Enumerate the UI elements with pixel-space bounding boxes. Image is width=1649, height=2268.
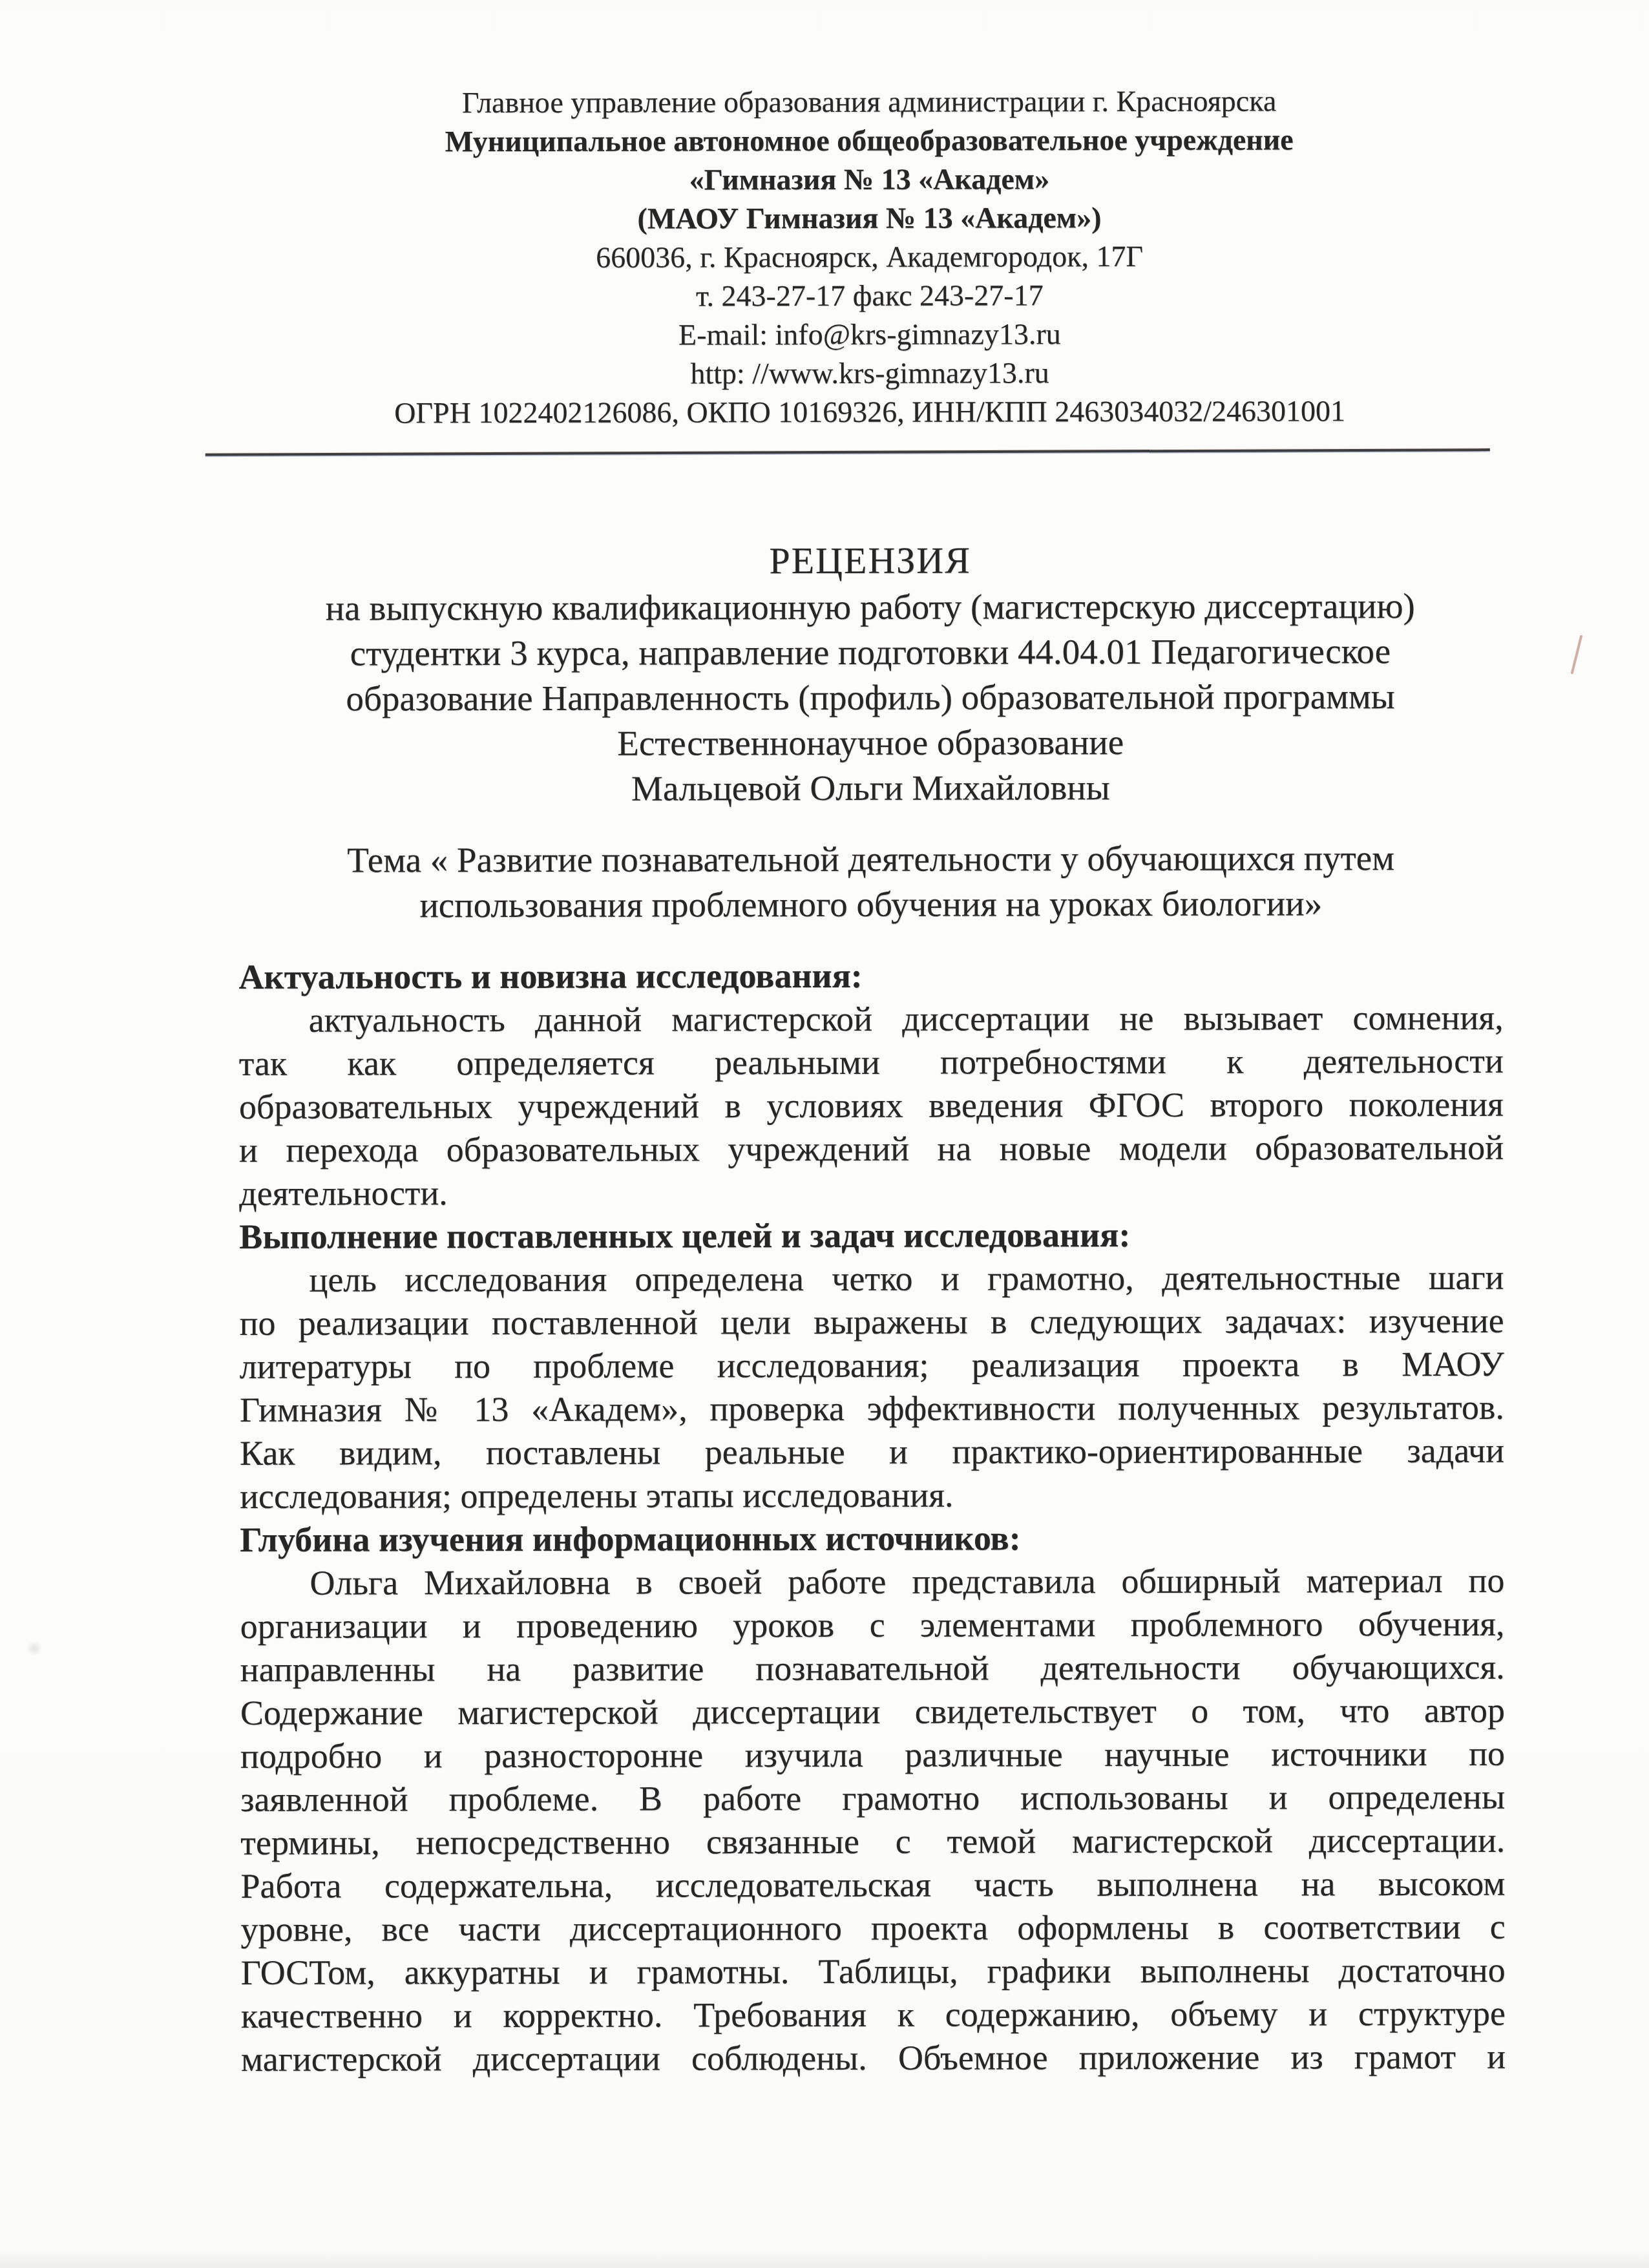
letterhead-line: Муниципальное автономное общеобразовател… xyxy=(237,120,1502,162)
letterhead-divider xyxy=(205,448,1490,456)
scan-edge-shade xyxy=(0,2251,1649,2268)
body-line: деятельности. xyxy=(239,1170,1504,1215)
theme-line: Тема « Развитие познавательной деятельно… xyxy=(238,835,1503,883)
letterhead-line: «Гимназия № 13 «Академ» xyxy=(237,159,1502,200)
subtitle-line: Естественнонаучное образование xyxy=(238,719,1503,767)
subtitle-line: образование Направленность (профиль) обр… xyxy=(238,674,1503,722)
body-line: образовательных учреждений в условиях вв… xyxy=(239,1083,1504,1129)
body-line: цель исследования определена четко и гра… xyxy=(239,1256,1504,1302)
theme-line: использования проблемного обучения на ур… xyxy=(238,881,1503,929)
review-subtitle: на выпускную квалификационную работу (ма… xyxy=(238,583,1503,812)
subtitle-line: студентки 3 курса, направление подготовк… xyxy=(238,629,1502,677)
scan-smudge-artifact xyxy=(26,1641,43,1655)
body-line: заявленной проблеме. В работе грамотно и… xyxy=(240,1776,1505,1822)
body-line: организации и проведению уроков с элемен… xyxy=(240,1602,1505,1648)
body-line: и перехода образовательных учреждений на… xyxy=(239,1126,1504,1172)
body-line: по реализации поставленной цели выражены… xyxy=(240,1299,1504,1345)
body-line: магистерской диссертации соблюдены. Объе… xyxy=(241,2035,1506,2081)
body-line: Выполнение поставленных целей и задач ис… xyxy=(239,1213,1504,1259)
body-line: литературы по проблеме исследования; реа… xyxy=(240,1343,1504,1389)
body-line: Глубина изучения информационных источник… xyxy=(240,1516,1504,1562)
letterhead-line: 660036, г. Красноярск, Академгородок, 17… xyxy=(237,236,1502,278)
body-line: ГОСТом, аккуратны и грамотны. Таблицы, г… xyxy=(241,1949,1506,1995)
subtitle-line: на выпускную квалификационную работу (ма… xyxy=(238,583,1502,631)
document-title: РЕЦЕНЗИЯ xyxy=(238,535,1502,586)
letterhead-line: http: //www.krs-gimnazy13.ru xyxy=(237,353,1502,394)
body-line: подробно и разносторонне изучила различн… xyxy=(240,1732,1505,1778)
body-line: Актуальность и новизна исследования: xyxy=(238,953,1503,999)
scanned-review-document: Главное управление образования администр… xyxy=(0,0,1649,2268)
body-line: актуальность данной магистерской диссерт… xyxy=(239,996,1504,1042)
body-line: так как определяется реальными потребнос… xyxy=(239,1040,1504,1086)
body-line: термины, непосредственно связанные с тем… xyxy=(240,1819,1505,1865)
review-body: Актуальность и новизна исследования:акту… xyxy=(238,953,1506,2081)
letterhead-line: т. 243-27-17 факс 243-27-17 xyxy=(237,275,1502,317)
body-line: Как видим, поставлены реальные и практик… xyxy=(240,1429,1504,1475)
letterhead-line: ОГРН 1022402126086, ОКПО 10169326, ИНН/К… xyxy=(238,392,1502,433)
letterhead-line: Главное управление образования администр… xyxy=(237,81,1502,123)
letterhead-line: E-mail: info@krs-gimnazy13.ru xyxy=(237,314,1502,355)
body-line: Ольга Михайловна в своей работе представ… xyxy=(240,1559,1504,1605)
review-title-block: РЕЦЕНЗИЯ на выпускную квалификационную р… xyxy=(238,535,1503,812)
theme-block: Тема « Развитие познавательной деятельно… xyxy=(238,835,1503,929)
body-line: уровне, все части диссертационного проек… xyxy=(241,1906,1506,1951)
body-line: исследования; определены этапы исследова… xyxy=(240,1473,1504,1518)
subtitle-line: Мальцевой Ольги Михайловны xyxy=(238,764,1503,812)
body-line: Гимназия № 13 «Академ», проверка эффекти… xyxy=(240,1386,1504,1432)
body-line: качественно и корректно. Требования к со… xyxy=(241,1992,1506,2038)
body-line: Содержание магистерской диссертации свид… xyxy=(240,1689,1505,1735)
document-content: Главное управление образования администр… xyxy=(0,0,1649,2268)
body-line: направленны на развитие познавательной д… xyxy=(240,1646,1505,1692)
letterhead: Главное управление образования администр… xyxy=(237,81,1502,433)
body-line: Работа содержательна, исследовательская … xyxy=(240,1862,1505,1908)
letterhead-line: (МАОУ Гимназия № 13 «Академ») xyxy=(237,198,1502,239)
